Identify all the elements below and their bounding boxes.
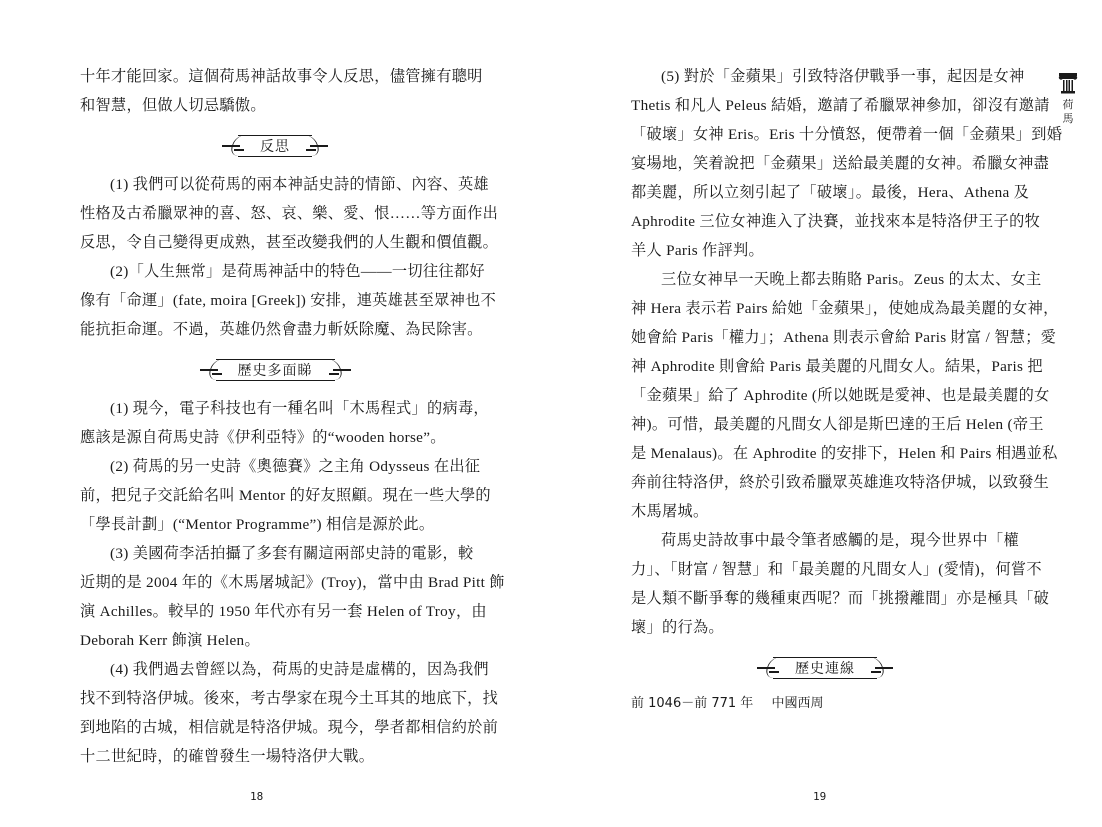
paragraph-line: (5) 對於「金蘋果」引致特洛伊戰爭一事，起因是女神 [631,62,1019,91]
timeline-dynasty: 中國西周 [771,696,823,711]
paragraph-line: 壞」的行為。 [631,613,1019,642]
side-tab-char: 馬 [1063,112,1074,126]
paragraph-line: 都美麗，所以立刻引起了「破壞」。最後，Hera、Athena 及 [631,178,1019,207]
paragraph-line: 演 Achilles。較早的 1950 年代亦有另一套 Helen of Tro… [80,597,470,626]
intro-line: 十年才能回家。這個荷馬神話故事令人反思，儘管擁有聰明 [80,62,470,91]
right-text-column: (5) 對於「金蘋果」引致特洛伊戰爭一事，起因是女神 Thetis 和凡人 Pe… [631,62,1019,716]
paragraph-line: 能抗拒命運。不過，英雄仍然會盡力斬妖除魔、為民除害。 [80,315,470,344]
heading-label: 歷史連線 [795,658,855,678]
paragraph-line: Aphrodite 三位女神進入了決賽，並找來本是特洛伊王子的牧 [631,207,1019,236]
heading-label: 歷史多面睇 [238,360,313,380]
page-number: 18 [250,790,263,803]
ornament-rule-right [310,145,328,147]
paragraph-line: (3) 美國荷李活拍攝了多套有關這兩部史詩的電影，較 [80,539,470,568]
paragraph-line: 「學長計劃」(“Mentor Programme”) 相信是源於此。 [80,510,470,539]
heading-scroll-frame: 歷史連線 [773,657,877,679]
paragraph-line: 是人類不斷爭奪的幾種東西呢？而「挑撥離間」亦是極具「破 [631,584,1019,613]
paragraph-line: 像有「命運」(fate, moira [Greek]) 安排，連英雄甚至眾神也不 [80,286,470,315]
paragraph-line: Deborah Kerr 飾演 Helen。 [80,626,470,655]
ornament-rule-right [333,369,351,371]
paragraph-line: 神)。可惜，最美麗的凡間女人卻是斯巴達的王后 Helen (帝王 [631,410,1019,439]
paragraph-line: 找不到特洛伊城。後來，考古學家在現今土耳其的地底下，找 [80,684,470,713]
paragraph-line: 羊人 Paris 作評判。 [631,236,1019,265]
ornament-rule-right [875,667,893,669]
paragraph-line: 宴場地，笑着說把「金蘋果」送給最美麗的女神。希臘女神盡 [631,149,1019,178]
section-heading-history: 歷史多面睇 [80,350,470,390]
paragraph-line: 前，把兒子交託給名叫 Mentor 的好友照顧。現在一些大學的 [80,481,470,510]
left-text-column: 十年才能回家。這個荷馬神話故事令人反思，儘管擁有聰明 和智慧，但做人切忌驕傲。 … [80,62,470,771]
paragraph-line: 近期的是 2004 年的《木馬屠城記》(Troy)，當中由 Brad Pitt … [80,568,470,597]
paragraph-line: 三位女神早一天晚上都去賄賂 Paris。Zeus 的太太、女主 [631,265,1019,294]
paragraph-line: 力」、「財富 / 智慧」和「最美麗的凡間女人」(愛情)，何嘗不 [631,555,1019,584]
paragraph-line: 十二世紀時，的確曾發生一場特洛伊大戰。 [80,742,470,771]
chapter-side-tab: 荷 馬 [1056,72,1080,126]
paragraph-line: 反思，令自己變得更成熟，甚至改變我們的人生觀和價值觀。 [80,228,470,257]
paragraph-line: 神 Hera 表示若 Pairs 給她「金蘋果」，使她成為最美麗的女神， [631,294,1019,323]
paragraph-line: 「金蘋果」給了 Aphrodite (所以她既是愛神、也是最美麗的女 [631,381,1019,410]
paragraph-line: 是 Menalaus)。在 Aphrodite 的安排下，Helen 和 Pai… [631,439,1019,468]
paragraph-line: 到地陷的古城，相信就是特洛伊城。現今，學者都相信約於前 [80,713,470,742]
paragraph-line: (2)「人生無常」是荷馬神話中的特色——一切往往都好 [80,257,470,286]
paragraph-line: 奔前往特洛伊，終於引致希臘眾英雄進攻特洛伊城，以致發生 [631,468,1019,497]
greek-column-icon [1058,72,1078,94]
heading-scroll-frame: 歷史多面睇 [216,359,335,381]
left-page: 十年才能回家。這個荷馬神話故事令人反思，儘管擁有聰明 和智慧，但做人切忌驕傲。 … [0,0,551,827]
paragraph-line: (4) 我們過去曾經以為，荷馬的史詩是虛構的，因為我們 [80,655,470,684]
paragraph-line: 性格及古希臘眾神的喜、怒、哀、樂、愛、恨……等方面作出 [80,199,470,228]
paragraph-line: 荷馬史詩故事中最令筆者感觸的是，現今世界中「權 [631,526,1019,555]
timeline-entry: 前 1046－前 771 年 中國西周 [631,692,1019,716]
page-number: 19 [813,790,826,803]
paragraph-line: 應該是源自荷馬史詩《伊利亞特》的“wooden horse”。 [80,423,470,452]
paragraph-line: 神 Aphrodite 則會給 Paris 最美麗的凡間女人。結果，Paris … [631,352,1019,381]
heading-label: 反思 [260,136,290,156]
side-tab-char: 荷 [1063,98,1074,112]
paragraph-line: (1) 我們可以從荷馬的兩本神話史詩的情節、內容、英雄 [80,170,470,199]
paragraph-line: (1) 現今，電子科技也有一種名叫「木馬程式」的病毒， [80,394,470,423]
section-heading-reflection: 反思 [80,126,470,166]
right-page: (5) 對於「金蘋果」引致特洛伊戰爭一事，起因是女神 Thetis 和凡人 Pe… [551,0,1102,827]
paragraph-line: 「破壞」女神 Eris。Eris 十分憤怒，便帶着一個「金蘋果」到婚 [631,120,1019,149]
paragraph-line: 木馬屠城。 [631,497,1019,526]
paragraph-line: (2) 荷馬的另一史詩《奧德賽》之主角 Odysseus 在出征 [80,452,470,481]
heading-scroll-frame: 反思 [238,135,312,157]
paragraph-line: 她會給 Paris「權力」；Athena 則表示會給 Paris 財富 / 智慧… [631,323,1019,352]
paragraph-line: Thetis 和凡人 Peleus 結婚，邀請了希臘眾神參加，卻沒有邀請 [631,91,1019,120]
timeline-years: 前 1046－前 771 年 [631,696,753,711]
section-heading-timeline: 歷史連線 [631,648,1019,688]
intro-line: 和智慧，但做人切忌驕傲。 [80,91,470,120]
